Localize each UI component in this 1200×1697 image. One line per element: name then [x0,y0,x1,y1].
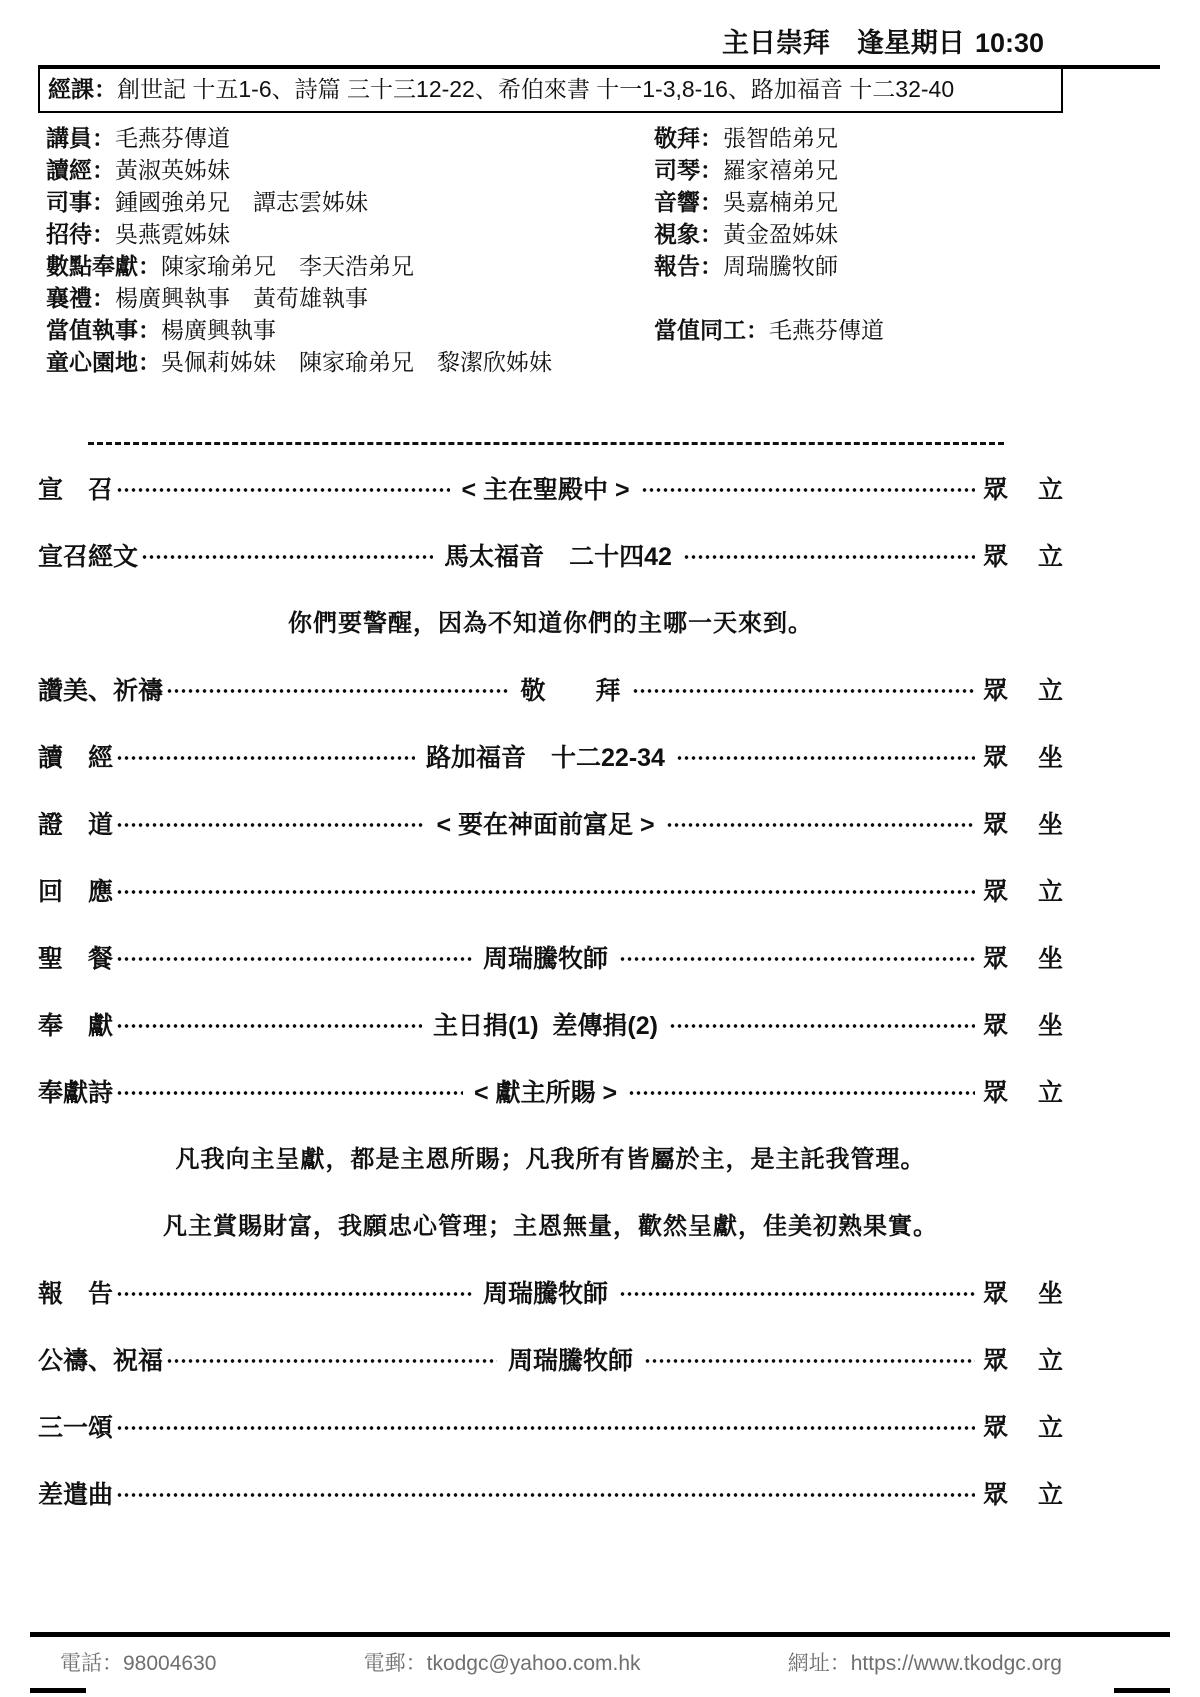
posture-label: 坐 [1038,1279,1063,1309]
dashed-separator [88,442,1004,445]
roles-row: 當值執事：楊廣興執事 當值同工：毛燕芬傳道 [46,314,1055,346]
service-item-label: 聖 餐 [38,944,113,974]
service-item-label: 三一頌 [38,1413,113,1443]
service-item-label: 證 道 [38,810,113,840]
posture-label: 立 [1038,1078,1063,1108]
dotted-leader [628,1084,975,1102]
service-row-communion: 聖 餐 周瑞騰牧師 眾坐 [38,944,1063,974]
service-row-sending-song: 差遣曲 眾立 [38,1480,1063,1510]
dotted-leader [116,1084,463,1102]
service-item-label: 宣 召 [38,475,113,505]
service-item-center: 周瑞騰牧師 [500,1346,641,1376]
role-label: 當值執事： [46,317,161,343]
crowd-label: 眾 [983,1346,1008,1376]
roles-row: 講員：毛燕芬傳道 敬拜：張智皓弟兄 [46,122,1055,154]
role-label: 報告： [654,253,723,279]
dotted-leader [666,816,975,834]
dotted-leader [116,1285,472,1303]
audience-posture: 眾立 [983,1346,1063,1376]
email-label: 電郵： [364,1652,427,1675]
page-border-corner [30,1688,86,1693]
service-item-label: 奉 獻 [38,1011,113,1041]
dotted-leader [141,548,433,566]
audience-posture: 眾立 [983,877,1063,907]
audience-posture: 眾坐 [983,1011,1063,1041]
role-value: 張智皓弟兄 [723,125,838,151]
service-item-label: 報 告 [38,1279,113,1309]
service-row-praise-prayer: 讚美、祈禱 敬 拜 眾立 [38,676,1063,706]
dotted-leader [644,1352,975,1370]
lectionary-text: 創世記 十五1-6、詩篇 三十三12-22、希伯來書 十一1-3,8-16、路加… [117,76,954,102]
role-label: 司事： [46,189,115,215]
service-item-label: 差遣曲 [38,1480,113,1510]
role-value: 羅家禧弟兄 [723,157,838,183]
service-row-reading: 讀 經 路加福音 十二22-34 眾坐 [38,743,1063,773]
service-row-offering-hymn: 奉獻詩 < 獻主所賜 > 眾立 [38,1078,1063,1108]
service-row-doxology: 三一頌 眾立 [38,1413,1063,1443]
crowd-label: 眾 [983,1078,1008,1108]
audience-posture: 眾坐 [983,1279,1063,1309]
audience-posture: 眾立 [983,1413,1063,1443]
roles-list: 講員：毛燕芬傳道 敬拜：張智皓弟兄 讀經：黃淑英姊妹 司琴：羅家禧弟兄 司事：鍾… [38,113,1063,378]
audience-posture: 眾立 [983,1480,1063,1510]
audience-posture: 眾立 [983,676,1063,706]
service-row-call-scripture: 宣召經文 馬太福音 二十四42 眾立 [38,542,1063,572]
email-value: tkodgc@yahoo.com.hk [427,1652,641,1675]
crowd-label: 眾 [983,542,1008,572]
website-item: 網址：https://www.tkodgc.org [788,1647,1062,1677]
dotted-leader [116,883,975,901]
dotted-leader [619,950,975,968]
offering-verse: 凡我向主呈獻，都是主恩所賜；凡我所有皆屬於主，是主託我管理。 [38,1145,1063,1175]
service-time: 10:30 [975,28,1044,58]
dotted-leader [669,1017,975,1035]
service-row-offering: 奉 獻 主日捐(1) 差傳捐(2) 眾坐 [38,1011,1063,1041]
posture-label: 坐 [1038,944,1063,974]
dotted-leader [641,481,975,499]
dotted-leader [116,1419,975,1437]
service-item-center: 馬太福音 二十四42 [436,542,680,572]
posture-label: 立 [1038,475,1063,505]
dotted-leader [676,749,975,767]
role-value: 黃金盈姊妹 [723,221,838,247]
service-row-benediction: 公禱、祝福 周瑞騰牧師 眾立 [38,1346,1063,1376]
lectionary-box: 經課：創世記 十五1-6、詩篇 三十三12-22、希伯來書 十一1-3,8-16… [38,69,1063,113]
phone-value: 98004630 [123,1652,216,1675]
dotted-leader [116,749,415,767]
service-item-label: 奉獻詩 [38,1078,113,1108]
crowd-label: 眾 [983,676,1008,706]
crowd-label: 眾 [983,810,1008,840]
roles-row: 司事：鍾國強弟兄 譚志雲姊妹 音響：吳嘉楠弟兄 [46,186,1055,218]
posture-label: 立 [1038,1413,1063,1443]
posture-label: 立 [1038,676,1063,706]
role-value: 吳嘉楠弟兄 [723,189,838,215]
audience-posture: 眾立 [983,542,1063,572]
audience-posture: 眾坐 [983,944,1063,974]
role-label: 講員： [46,125,115,151]
service-item-center: < 獻主所賜 > [466,1078,625,1108]
dotted-leader [116,1486,975,1504]
lectionary-label: 經課： [48,76,117,102]
service-item-center: < 要在神面前富足 > [428,810,662,840]
service-row-response: 回 應 眾立 [38,877,1063,907]
role-label: 敬拜： [654,125,723,151]
page-border-corner [1114,1688,1170,1693]
audience-posture: 眾坐 [983,810,1063,840]
dotted-leader [683,548,975,566]
role-label: 襄禮： [46,285,115,311]
role-label: 音響： [654,189,723,215]
role-value: 周瑞騰牧師 [723,253,838,279]
roles-row: 童心園地：吳佩莉姊妹 陳家瑜弟兄 黎潔欣姊妹 [46,346,1055,378]
dotted-leader [166,1352,497,1370]
order-of-service: 宣 召 < 主在聖殿中 > 眾立 宣召經文 馬太福音 二十四42 眾立 你們要警… [38,475,1063,1510]
role-label: 司琴： [654,157,723,183]
audience-posture: 眾立 [983,475,1063,505]
posture-label: 立 [1038,877,1063,907]
role-label: 當值同工： [654,317,769,343]
crowd-label: 眾 [983,1480,1008,1510]
role-value: 吳佩莉姊妹 陳家瑜弟兄 黎潔欣姊妹 [161,349,552,375]
roles-row: 襄禮：楊廣興執事 黃荀雄執事 [46,282,1055,314]
roles-row: 數點奉獻：陳家瑜弟兄 李天浩弟兄 報告：周瑞騰牧師 [46,250,1055,282]
audience-posture: 眾坐 [983,743,1063,773]
posture-label: 坐 [1038,810,1063,840]
dotted-leader [116,816,425,834]
service-item-center: 周瑞騰牧師 [475,944,616,974]
posture-label: 立 [1038,1346,1063,1376]
page-footer: 電話：98004630 電郵：tkodgc@yahoo.com.hk 網址：ht… [30,1632,1170,1677]
posture-label: 立 [1038,1480,1063,1510]
dotted-leader [116,481,450,499]
role-value: 黃淑英姊妹 [115,157,230,183]
service-item-center: 路加福音 十二22-34 [418,743,673,773]
role-label: 童心園地： [46,349,161,375]
role-label: 數點奉獻： [46,253,161,279]
role-value: 鍾國強弟兄 譚志雲姊妹 [115,189,368,215]
role-value: 毛燕芬傳道 [769,317,884,343]
crowd-label: 眾 [983,1279,1008,1309]
service-row-call: 宣 召 < 主在聖殿中 > 眾立 [38,475,1063,505]
service-item-center: 主日捐(1) 差傳捐(2) [425,1011,666,1041]
dotted-leader [632,682,975,700]
service-item-label: 讚美、祈禱 [38,676,163,706]
crowd-label: 眾 [983,743,1008,773]
role-value: 吳燕霓姊妹 [115,221,230,247]
posture-label: 坐 [1038,1011,1063,1041]
role-label: 視象： [654,221,723,247]
service-item-label: 公禱、祝福 [38,1346,163,1376]
posture-label: 立 [1038,542,1063,572]
crowd-label: 眾 [983,475,1008,505]
role-label: 讀經： [46,157,115,183]
service-item-center: 周瑞騰牧師 [475,1279,616,1309]
phone-item: 電話：98004630 [60,1647,216,1677]
role-value: 楊廣興執事 黃荀雄執事 [115,285,368,311]
service-row-announcements: 報 告 周瑞騰牧師 眾坐 [38,1279,1063,1309]
dotted-leader [116,1017,422,1035]
roles-row: 讀經：黃淑英姊妹 司琴：羅家禧弟兄 [46,154,1055,186]
phone-label: 電話： [60,1652,123,1675]
page-header: 主日崇拜 逢星期日10:30 [38,28,1160,58]
dotted-leader [166,682,509,700]
crowd-label: 眾 [983,1011,1008,1041]
role-value: 毛燕芬傳道 [115,125,230,151]
service-item-label: 宣召經文 [38,542,138,572]
offering-verse: 凡主賞賜財富，我願忠心管理；主恩無量，歡然呈獻，佳美初熟果實。 [38,1212,1063,1242]
service-item-center: 敬 拜 [512,676,628,706]
posture-label: 坐 [1038,743,1063,773]
service-item-label: 讀 經 [38,743,113,773]
roles-row: 招待：吳燕霓姊妹 視象：黃金盈姊妹 [46,218,1055,250]
bulletin-page: 主日崇拜 逢星期日10:30 經課：創世記 十五1-6、詩篇 三十三12-22、… [0,0,1200,1697]
role-label: 招待： [46,221,115,247]
role-value: 楊廣興執事 [161,317,276,343]
dotted-leader [116,950,472,968]
email-item: 電郵：tkodgc@yahoo.com.hk [364,1647,641,1677]
service-row-sermon: 證 道 < 要在神面前富足 > 眾坐 [38,810,1063,840]
role-value: 陳家瑜弟兄 李天浩弟兄 [161,253,414,279]
website-label: 網址： [788,1652,851,1675]
crowd-label: 眾 [983,944,1008,974]
website-value: https://www.tkodgc.org [851,1652,1062,1675]
service-item-label: 回 應 [38,877,113,907]
crowd-label: 眾 [983,1413,1008,1443]
service-item-center: < 主在聖殿中 > [453,475,637,505]
scripture-verse: 你們要警醒，因為不知道你們的主哪一天來到。 [38,609,1063,639]
audience-posture: 眾立 [983,1078,1063,1108]
crowd-label: 眾 [983,877,1008,907]
dotted-leader [619,1285,975,1303]
service-title: 主日崇拜 逢星期日 [722,28,965,58]
